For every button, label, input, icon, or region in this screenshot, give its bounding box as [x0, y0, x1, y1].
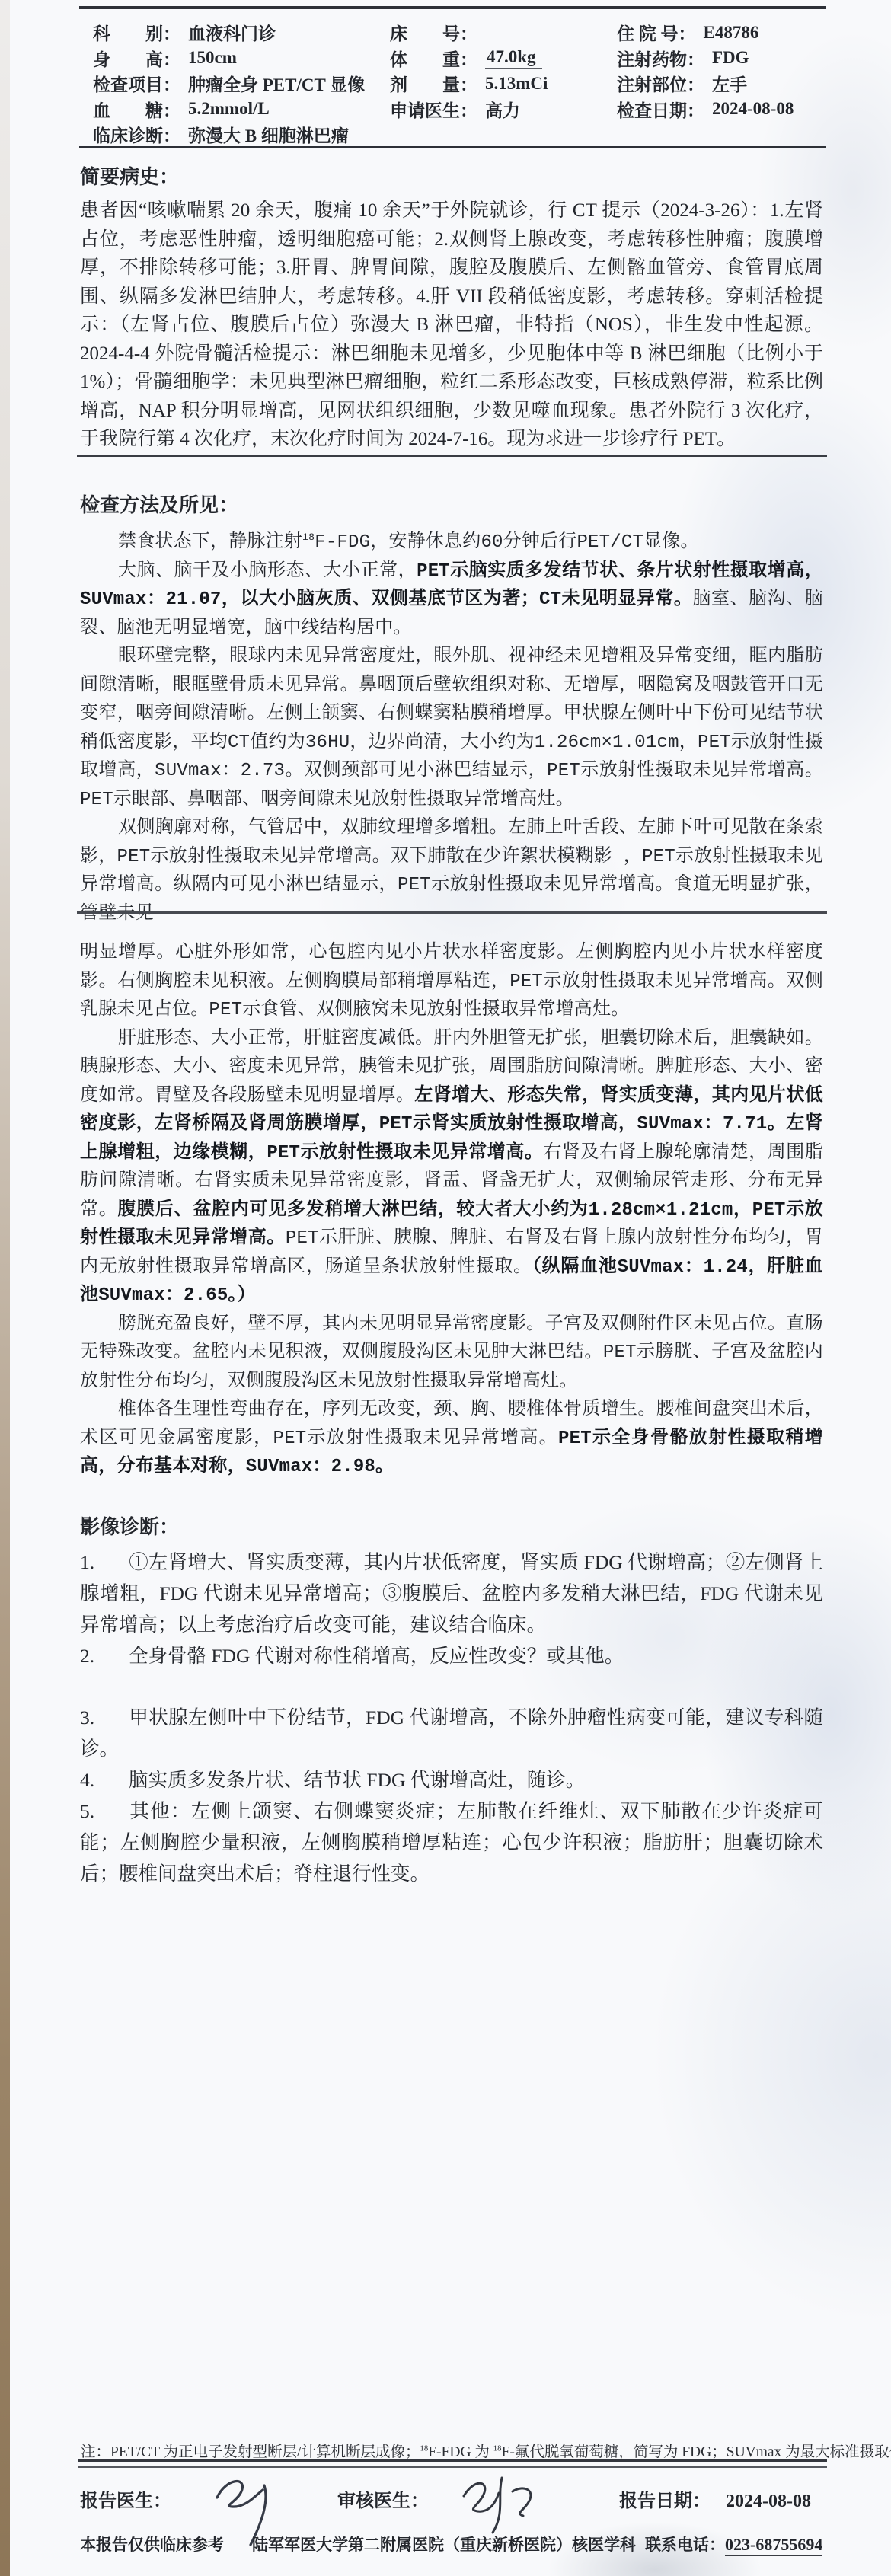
- page-break-line: [77, 911, 827, 914]
- diagnosis-item-number: 1.: [80, 1547, 129, 1578]
- text-run: 膀胱充盈良好，壁不厚，其内未见明显异常密度影。子宫及双侧附件区未见占位。直肠无特…: [80, 1314, 823, 1392]
- section-divider-line: [77, 455, 827, 457]
- reporter-label: 报告医生：: [80, 2485, 171, 2512]
- diagnosis-item: 4.脑实质多发条片状、结节状 FDG 代谢增高灶，随诊。: [80, 1764, 823, 1796]
- field-value: 150cm: [188, 48, 237, 68]
- field-label: 剂 量：: [390, 71, 477, 96]
- diagnosis-item-number: 3.: [80, 1702, 129, 1733]
- field-label: 血 糖：: [93, 97, 180, 122]
- field-value: 47.0kg: [485, 47, 542, 69]
- paragraph: 禁食状态下，静脉注射18F-FDG，安静休息约60分钟后行PET/CT显像。: [80, 528, 823, 557]
- history-body: 患者因“咳嗽喘累 20 余天，腹痛 10 余天”于外院就诊，行 CT 提示（20…: [80, 196, 823, 454]
- text-run: F-FDG 为: [428, 2444, 493, 2460]
- diagnosis-item-number: 2.: [80, 1640, 129, 1671]
- header-column-1: 科 别：血液科门诊身 高：150cm检查项目：肿瘤全身 PET/CT 显像血 糖…: [93, 20, 365, 148]
- paragraph: 眼环壁完整，眼球内未见异常密度灶，眼外肌、视神经未见增粗及异常变细，眶内脂肪间隙…: [80, 643, 823, 814]
- header-field: 临床诊断：弥漫大 B 细胞淋巴瘤: [93, 122, 365, 148]
- diagnosis-item: 5.其他：左侧上颌窦、右侧蝶窦炎症；左肺散在纤维灶、双下肺散在少许炎症可能；左侧…: [80, 1796, 823, 1889]
- contact-phone-label: 联系电话：: [645, 2536, 725, 2554]
- text-run: 明显增厚。心脏外形如常，心包腔内见小片状水样密度影。左侧胸腔内见小片状水样密度影…: [80, 943, 823, 1020]
- field-value: 血液科门诊: [188, 20, 276, 45]
- text-run: 眼环壁完整，眼球内未见异常密度灶，眼外肌、视神经未见增粗及异常变细，眶内脂肪间隙…: [80, 646, 823, 810]
- text-run: F-FDG，安静休息约60分钟后行PET/CT显像。: [315, 532, 698, 553]
- field-label: 申请医生：: [390, 97, 477, 122]
- report-date-label: 报告日期：: [619, 2491, 711, 2511]
- disclaimer-text: 本报告仅供临床参考: [80, 2533, 224, 2555]
- findings-section: 检查方法及所见： 禁食状态下，静脉注射18F-FDG，安静休息约60分钟后行PE…: [80, 490, 823, 928]
- text-run: 双侧胸廓对称，气管居中，双肺纹理增多增粗。左肺上叶舌段、左肺下叶可见散在条索影，…: [80, 818, 823, 924]
- text-run: 注：PET/CT 为正电子发射型断层/计算机断层成像；: [81, 2444, 420, 2460]
- text-run: 脑实质多发条片状、结节状 FDG 代谢增高灶，随诊。: [129, 1769, 585, 1791]
- diagnosis-item-number: 4.: [80, 1764, 129, 1796]
- superscript: 18: [420, 2444, 428, 2453]
- header-field: 科 别：血液科门诊: [93, 20, 365, 46]
- findings-title: 检查方法及所见：: [80, 490, 823, 518]
- field-value: 2024-08-08: [712, 99, 794, 119]
- diagnosis-item-number: 5.: [80, 1796, 129, 1827]
- field-label: 检查项目：: [93, 71, 180, 96]
- diagnosis-section: 影像诊断： 1.①左肾增大、肾实质变薄，其内片状低密度，肾实质 FDG 代谢增高…: [80, 1511, 823, 1889]
- field-label: 身 高：: [93, 46, 180, 71]
- reviewer-signature-icon: [450, 2470, 557, 2542]
- history-section: 简要病史： 患者因“咳嗽喘累 20 余天，腹痛 10 余天”于外院就诊，行 CT…: [80, 161, 823, 454]
- header-field: 注射药物：FDG: [617, 46, 794, 72]
- text-run: 全身骨骼 FDG 代谢对称性稍增高，反应性改变？或其他。: [129, 1645, 624, 1667]
- field-label: 住 院 号：: [617, 20, 696, 45]
- text-run: 甲状腺左侧叶中下份结节，FDG 代谢增高，不除外肿瘤性病变可能，建议专科随诊。: [80, 1706, 823, 1760]
- paragraph: 明显增厚。心脏外形如常，心包腔内见小片状水样密度影。左侧胸腔内见小片状水样密度影…: [80, 939, 823, 1025]
- petct-report-page: 科 别：血液科门诊身 高：150cm检查项目：肿瘤全身 PET/CT 显像血 糖…: [0, 0, 891, 2576]
- header-field: 床 号：: [390, 20, 548, 46]
- superscript: 18: [493, 2444, 502, 2453]
- signoff-row: 报告医生： 审核医生： 报告日期： 2024-08-08: [80, 2479, 830, 2525]
- paragraph: 大脑、脑干及小脑形态、大小正常，PET示脑实质多发结节状、条片状射性摄取增高，S…: [80, 557, 823, 643]
- text-run: F-氟代脱氧葡萄糖，简写为 FDG；SUVmax 为最大标准摄取值。: [502, 2444, 891, 2460]
- header-field: 检查日期：2024-08-08: [617, 97, 794, 123]
- header-field: 血 糖：5.2mmol/L: [93, 97, 365, 123]
- reviewer-label: 审核医生：: [337, 2485, 429, 2512]
- field-label: 注射药物：: [617, 46, 704, 71]
- text-run: 大脑、脑干及小脑形态、大小正常，: [118, 561, 417, 582]
- header-field: 体 重：47.0kg: [390, 46, 548, 72]
- header-field: 身 高：150cm: [93, 46, 365, 72]
- findings-body-part1: 禁食状态下，静脉注射18F-FDG，安静休息约60分钟后行PET/CT显像。大脑…: [80, 528, 823, 928]
- header-field: 剂 量：5.13mCi: [390, 71, 548, 97]
- report-date: 报告日期： 2024-08-08: [619, 2485, 811, 2512]
- text-run: 禁食状态下，静脉注射: [118, 532, 302, 553]
- field-value: 肿瘤全身 PET/CT 显像: [188, 71, 365, 96]
- superscript: 18: [302, 531, 315, 543]
- field-label: 检查日期：: [617, 97, 704, 122]
- header-field: 注射部位：左手: [617, 71, 794, 97]
- findings-section-continued: 明显增厚。心脏外形如常，心包腔内见小片状水样密度影。左侧胸腔内见小片状水样密度影…: [80, 939, 823, 1482]
- field-label: 科 别：: [93, 20, 180, 45]
- report-date-value: 2024-08-08: [726, 2491, 811, 2511]
- findings-body-part2: 明显增厚。心脏外形如常，心包腔内见小片状水样密度影。左侧胸腔内见小片状水样密度影…: [80, 939, 823, 1482]
- field-label: 注射部位：: [617, 71, 704, 96]
- field-value: 5.2mmol/L: [188, 99, 270, 119]
- contact-phone: 联系电话：023-68755694: [645, 2533, 822, 2555]
- history-title: 简要病史：: [80, 161, 823, 190]
- paragraph: 椎体各生理性弯曲存在，序列无改变，颈、胸、腰椎体骨质增生。腰椎间盘突出术后，术区…: [80, 1396, 823, 1482]
- field-label: 临床诊断：: [93, 122, 180, 147]
- field-value: E48786: [704, 23, 759, 43]
- text-run: 患者因“咳嗽喘累 20 余天，腹痛 10 余天”于外院就诊，行 CT 提示（20…: [80, 200, 823, 449]
- header-column-3: 住 院 号：E48786注射药物：FDG注射部位：左手检查日期：2024-08-…: [617, 20, 794, 122]
- field-value: FDG: [712, 48, 749, 68]
- institution-name: 陆军军医大学第二附属医院（重庆新桥医院）核医学科: [252, 2533, 636, 2555]
- header-field: 住 院 号：E48786: [617, 20, 794, 46]
- field-value: 弥漫大 B 细胞淋巴瘤: [188, 122, 349, 147]
- diagnosis-list: 1.①左肾增大、肾实质变薄，其内片状低密度，肾实质 FDG 代谢增高；②左侧肾上…: [80, 1547, 823, 1889]
- paragraph: 肝脏形态、大小正常，肝脏密度减低。肝内外胆管无扩张，胆囊切除术后，胆囊缺如。胰腺…: [80, 1025, 823, 1310]
- text-run: ①左肾增大、肾实质变薄，其内片状低密度，肾实质 FDG 代谢增高；②左侧肾上腺增…: [80, 1551, 823, 1636]
- diagnosis-item: 2.全身骨骼 FDG 代谢对称性稍增高，反应性改变？或其他。: [80, 1640, 823, 1671]
- paragraph: 膀胱充盈良好，壁不厚，其内未见明显异常密度影。子宫及双侧附件区未见占位。直肠无特…: [80, 1310, 823, 1397]
- scan-edge-strip: [0, 0, 10, 2576]
- diagnosis-item: 1.①左肾增大、肾实质变薄，其内片状低密度，肾实质 FDG 代谢增高；②左侧肾上…: [80, 1547, 823, 1640]
- header-field: 申请医生：高力: [390, 97, 548, 123]
- header-column-2: 床 号：体 重：47.0kg剂 量：5.13mCi申请医生：高力: [390, 20, 548, 122]
- field-value: 5.13mCi: [485, 74, 548, 94]
- header-field: 检查项目：肿瘤全身 PET/CT 显像: [93, 71, 365, 97]
- footnote: 注：PET/CT 为正电子发射型断层/计算机断层成像；18F-FDG 为 18F…: [81, 2440, 829, 2461]
- text-run: 其他：左侧上颌窦、右侧蝶窦炎症；左肺散在纤维灶、双下肺散在少许炎症可能；左侧胸腔…: [80, 1800, 823, 1885]
- patient-info-header: 科 别：血液科门诊身 高：150cm检查项目：肿瘤全身 PET/CT 显像血 糖…: [79, 6, 826, 148]
- footer-double-line: [78, 2459, 827, 2468]
- contact-phone-number: 023-68755694: [725, 2535, 822, 2556]
- field-label: 体 重：: [390, 46, 477, 71]
- diagnosis-title: 影像诊断：: [80, 1511, 823, 1540]
- field-value: 左手: [712, 71, 747, 96]
- field-label: 床 号：: [390, 20, 477, 45]
- paragraph: 患者因“咳嗽喘累 20 余天，腹痛 10 余天”于外院就诊，行 CT 提示（20…: [80, 196, 823, 454]
- field-value: 高力: [485, 97, 520, 122]
- diagnosis-item: 3.甲状腺左侧叶中下份结节，FDG 代谢增高，不除外肿瘤性病变可能，建议专科随诊…: [80, 1702, 823, 1764]
